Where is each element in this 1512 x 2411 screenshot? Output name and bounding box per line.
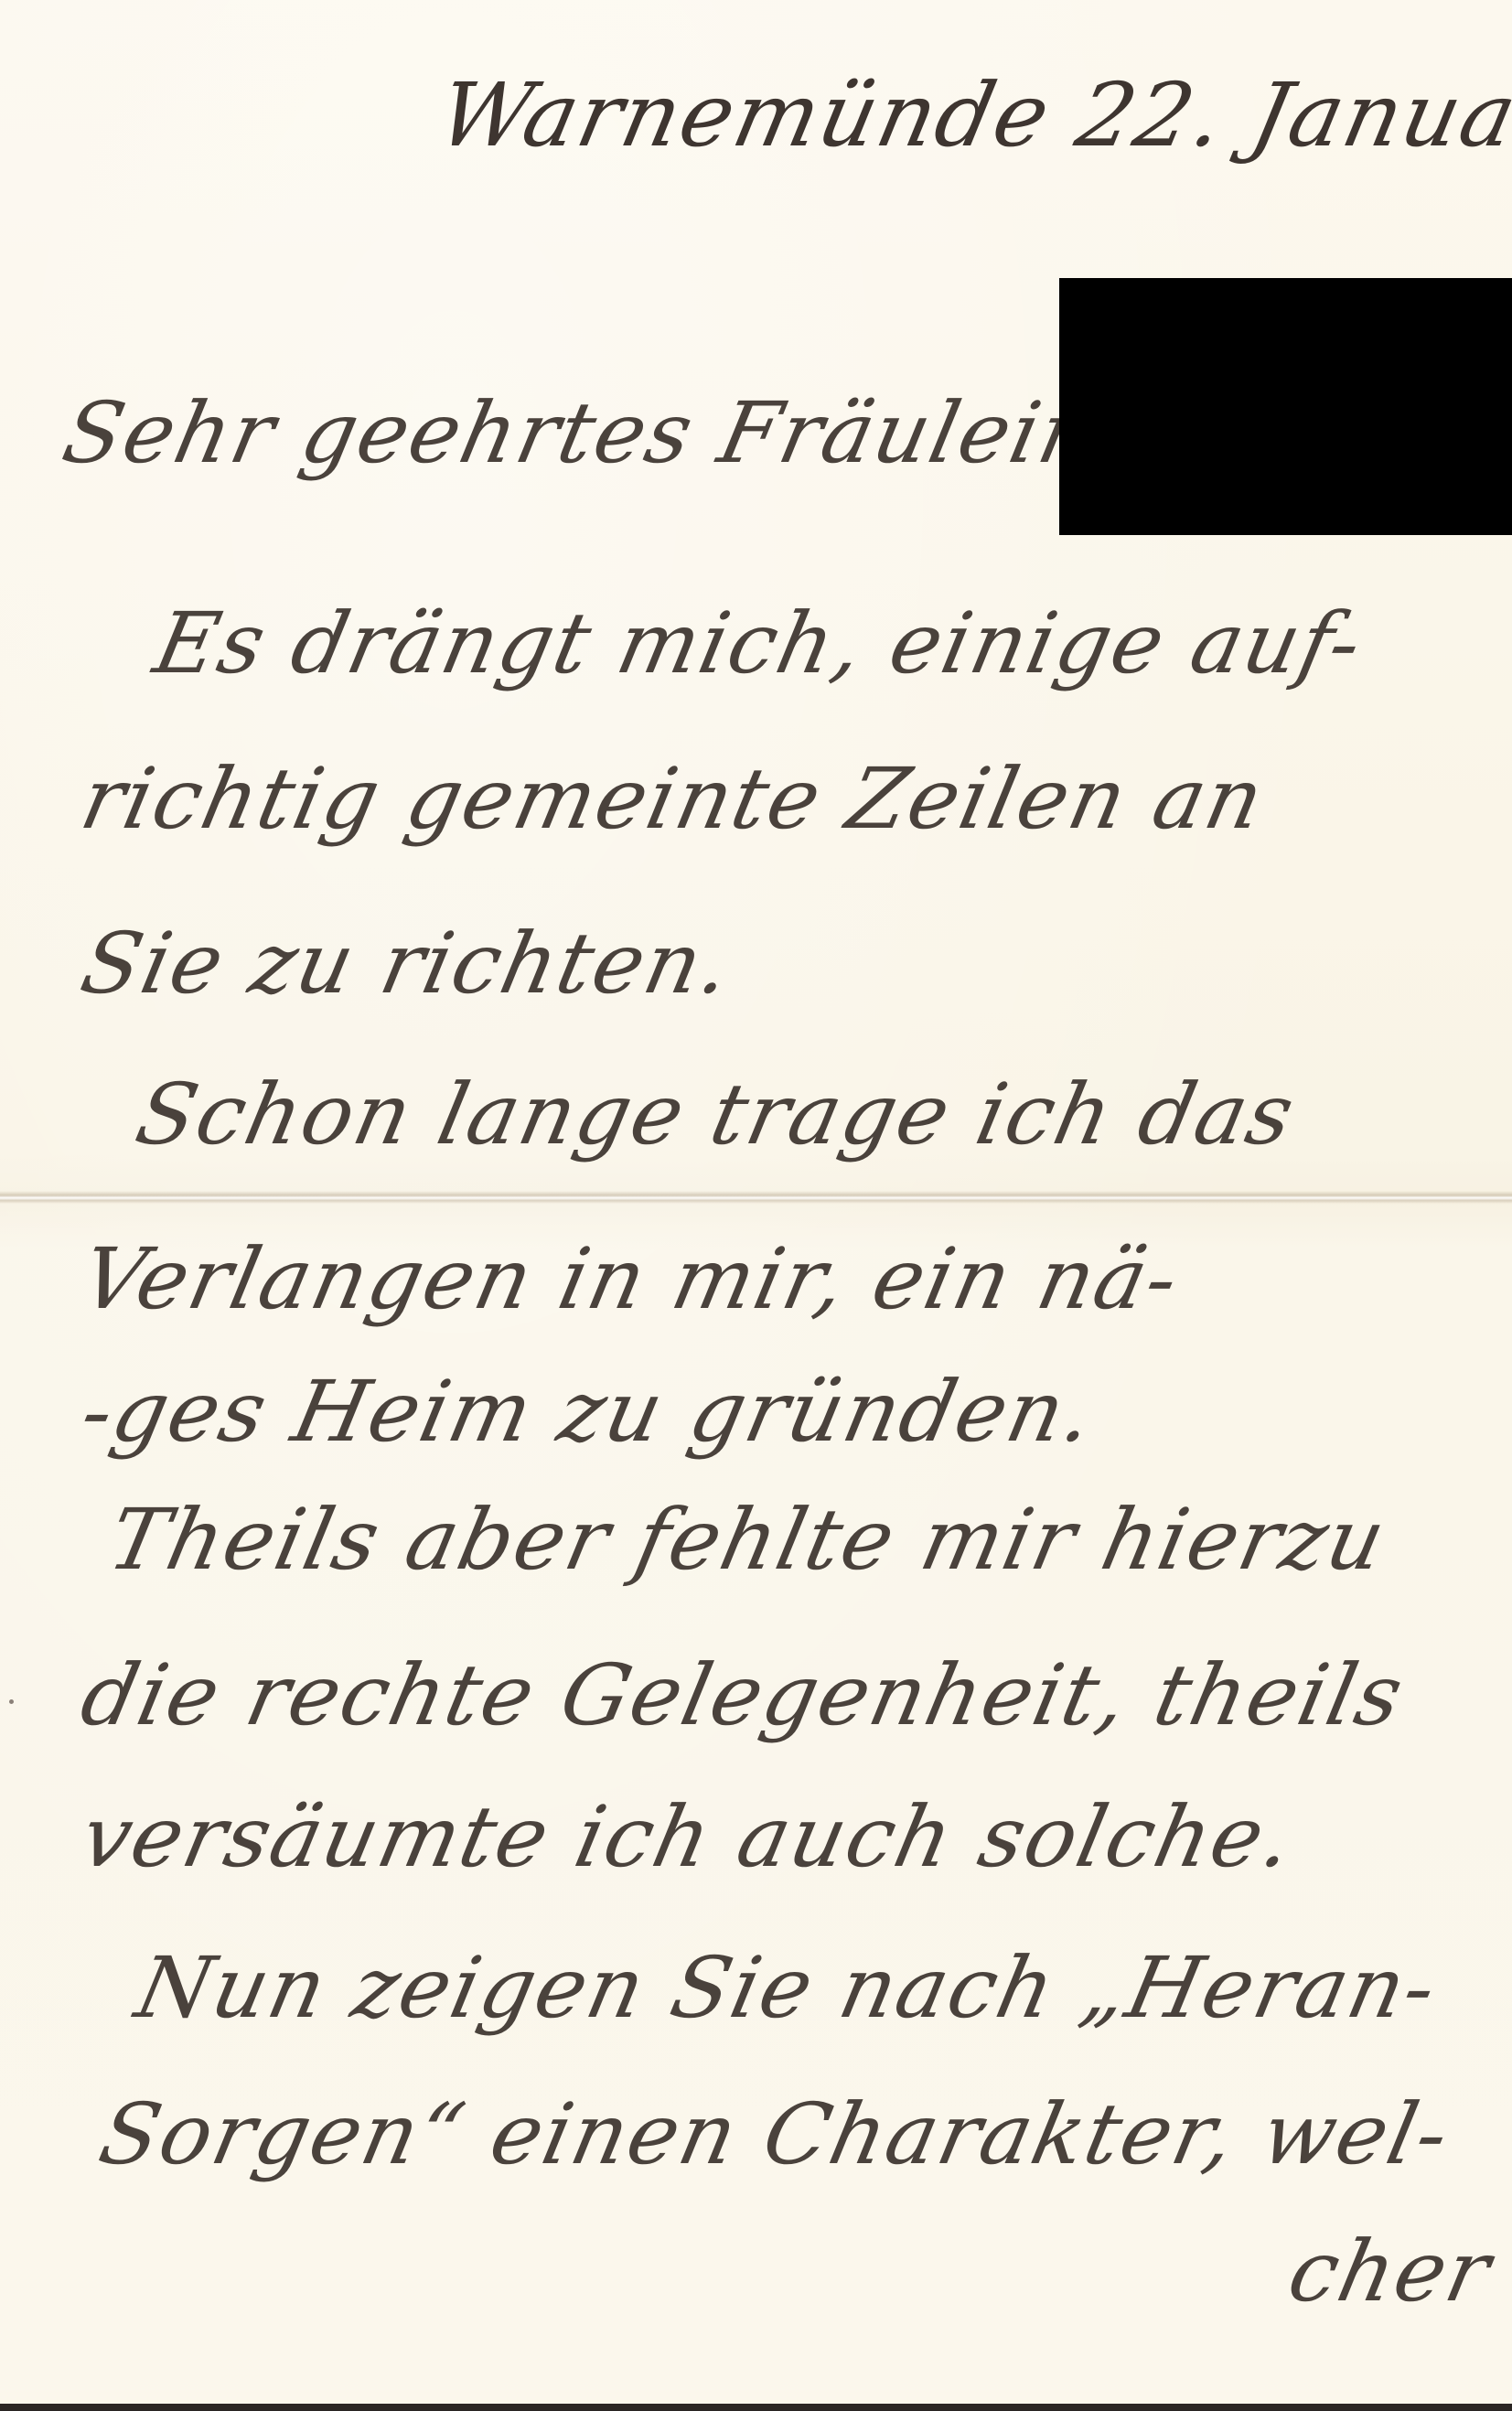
paper-speck [9,1699,14,1704]
scan-bottom-edge [0,2404,1512,2411]
body-line-10: Nun zeigen Sie nach „Heran- [128,1939,1446,2037]
redaction-box [1059,278,1512,535]
body-line-5: Verlangen in mir, ein nä- [73,1230,1188,1328]
body-line-8: die rechte Gelegenheit, theils [73,1646,1412,1744]
body-line-6: -ges Heim zu gründen. [73,1363,1103,1461]
body-line-4: Schon lange trage ich das [128,1066,1303,1163]
body-line-3: Sie zu richten. [73,915,741,1013]
paper-fold-line [0,1191,1512,1204]
body-line-1: Es drängt mich, einige auf- [146,595,1371,692]
body-line-9: versäumte ich auch solche. [73,1788,1303,1886]
catchword: cher [1281,2223,1500,2320]
salutation: Sehr geehrtes Fräulein [55,384,1107,482]
body-line-11: Sorgen“ einen Charakter, wel- [91,2085,1459,2183]
body-line-7: Theils aber fehlte mir hierzu [101,1491,1395,1589]
place-date-line: Warnemünde 22. Januar 1902 [430,64,1512,166]
body-line-2: richtig gemeinte Zeilen an [73,750,1273,848]
